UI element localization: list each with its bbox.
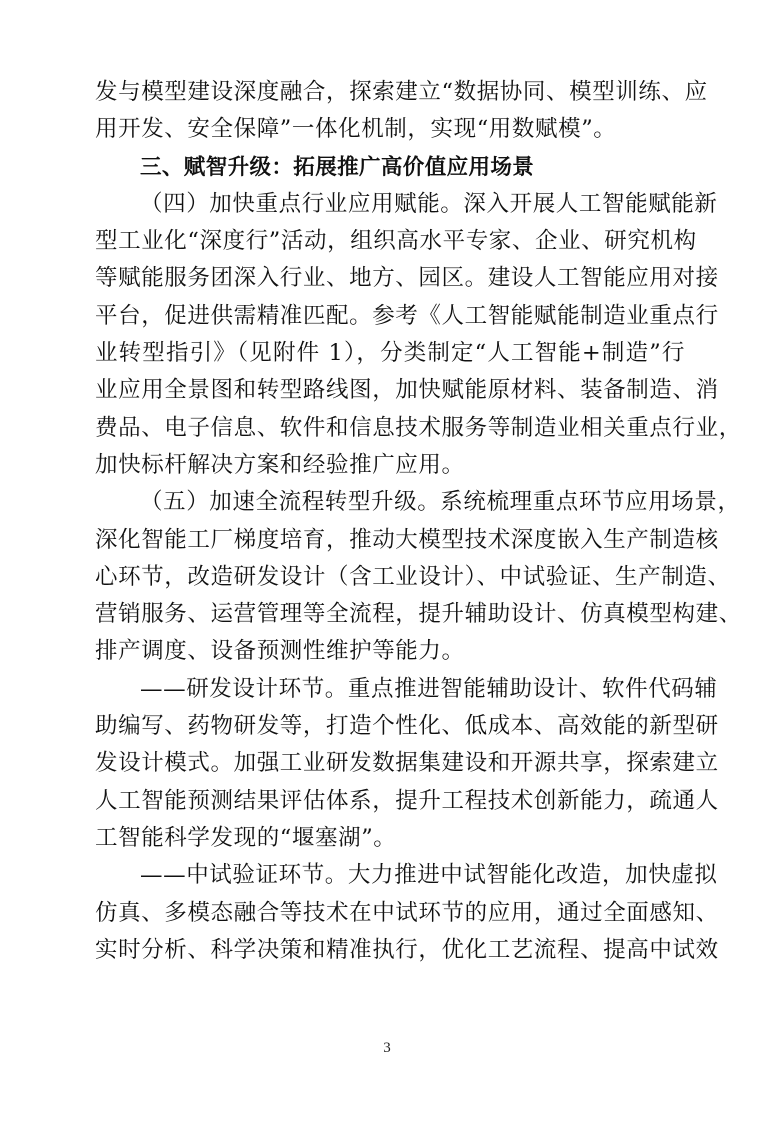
paragraph-line: 费品、电子信息、软件和信息技术服务等制造业相关重点行业，: [95, 410, 685, 447]
paragraph-line: 工智能科学发现的“堰塞湖”。: [95, 820, 685, 857]
paragraph-line: ——研发设计环节。重点推进智能辅助设计、软件代码辅: [95, 671, 685, 708]
paragraph-line: 助编写、药物研发等，打造个性化、低成本、高效能的新型研: [95, 708, 685, 745]
paragraph-line: 营销服务、运营管理等全流程，提升辅助设计、仿真模型构建、: [95, 596, 685, 633]
paragraph-line: 平台，促进供需精准匹配。参考《人工智能赋能制造业重点行: [95, 298, 685, 335]
paragraph-line: 等赋能服务团深入行业、地方、园区。建设人工智能应用对接: [95, 260, 685, 297]
paragraph-line: 仿真、多模态融合等技术在中试环节的应用，通过全面感知、: [95, 895, 685, 932]
paragraph-line: 深化智能工厂梯度培育，推动大模型技术深度嵌入生产制造核: [95, 522, 685, 559]
paragraph-line: 业转型指引》（见附件 1），分类制定“人工智能+制造”行: [95, 335, 685, 372]
paragraph-line: 加快标杆解决方案和经验推广应用。: [95, 447, 685, 484]
paragraph-line: 用开发、安全保障”一体化机制，实现“用数赋模”。: [95, 111, 685, 148]
paragraph-line: （四）加快重点行业应用赋能。深入开展人工智能赋能新: [95, 186, 685, 223]
paragraph-line: 实时分析、科学决策和精准执行，优化工艺流程、提高中试效: [95, 932, 685, 969]
section-heading: 三、赋智升级：拓展推广高价值应用场景: [95, 149, 685, 186]
paragraph-line: 发设计模式。加强工业研发数据集建设和开源共享，探索建立: [95, 745, 685, 782]
paragraph-line: 排产调度、设备预测性维护等能力。: [95, 633, 685, 670]
document-body: 发与模型建设深度融合，探索建立“数据协同、模型训练、应 用开发、安全保障”一体化…: [95, 74, 685, 969]
paragraph-line: 心环节，改造研发设计（含工业设计）、中试验证、生产制造、: [95, 559, 685, 596]
page-number: 3: [0, 1040, 774, 1057]
paragraph-line: ——中试验证环节。大力推进中试智能化改造，加快虚拟: [95, 857, 685, 894]
paragraph-line: 发与模型建设深度融合，探索建立“数据协同、模型训练、应: [95, 74, 685, 111]
paragraph-line: （五）加速全流程转型升级。系统梳理重点环节应用场景，: [95, 484, 685, 521]
paragraph-line: 人工智能预测结果评估体系，提升工程技术创新能力，疏通人: [95, 783, 685, 820]
paragraph-line: 业应用全景图和转型路线图，加快赋能原材料、装备制造、消: [95, 372, 685, 409]
paragraph-line: 型工业化“深度行”活动，组织高水平专家、企业、研究机构: [95, 223, 685, 260]
